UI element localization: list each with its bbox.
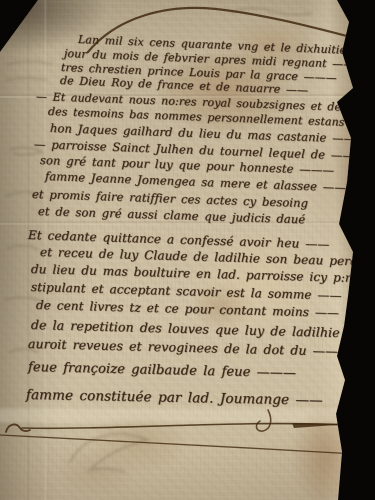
manuscript-photo: Lan mil six cens quarante vng et le dixh… [0,0,375,500]
manuscript-page: Lan mil six cens quarante vng et le dixh… [0,0,375,500]
ink-flourish-layer [0,0,375,500]
closing-rule-taper [292,423,350,428]
closing-rule-lower [0,435,375,455]
top-flourish [88,8,347,52]
joumange-descender [256,410,270,431]
